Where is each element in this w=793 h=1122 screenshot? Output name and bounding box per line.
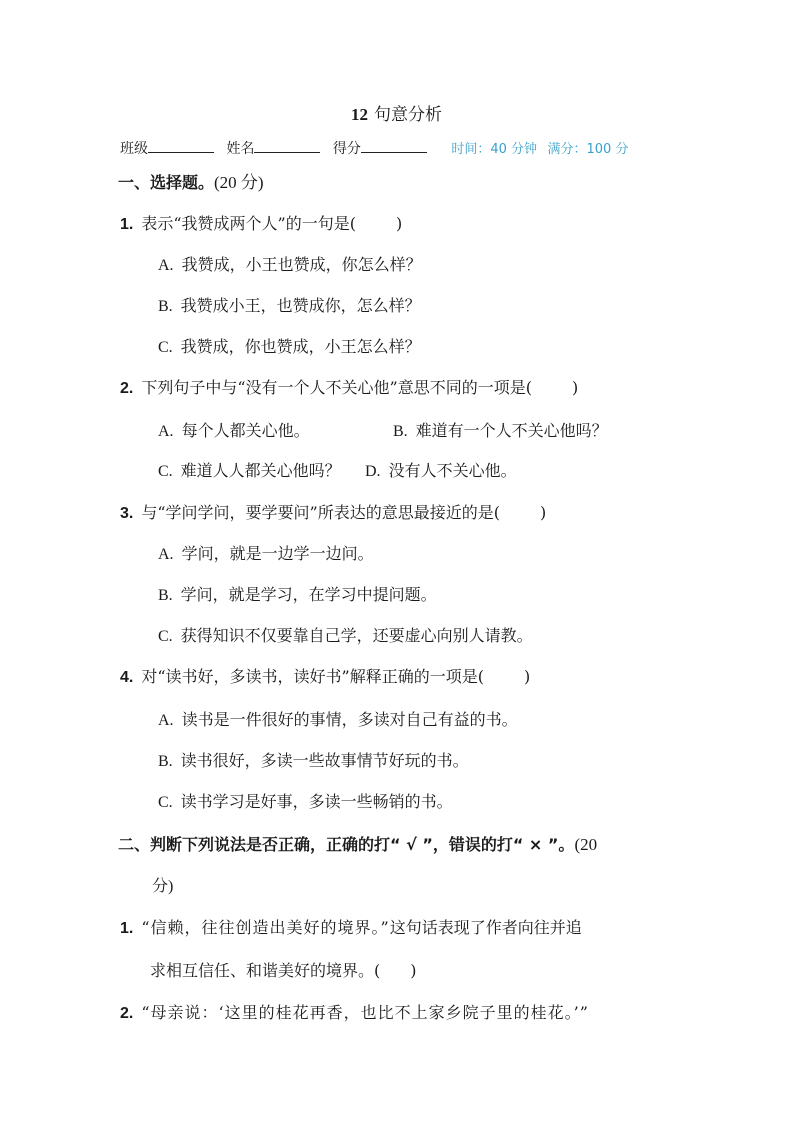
paren-close: ) xyxy=(396,214,402,233)
question-number: 2. xyxy=(120,380,133,397)
option-letter: C. xyxy=(158,339,173,356)
option-letter: B. xyxy=(158,298,173,315)
section-2-score: (20 xyxy=(574,835,597,854)
option-2-d: D.没有人不关心他。 xyxy=(365,460,517,483)
option-letter: C. xyxy=(158,794,173,811)
section-1-score: (20 分) xyxy=(214,173,264,192)
page-title: 12句意分析 xyxy=(0,104,793,126)
question-stem: 对“读书好，多读书，读好书”解释正确的一项是( xyxy=(141,667,484,686)
worksheet-page: 12句意分析 班级 姓名 得分 时间：40 分钟 满分：100 分 一、选择题。… xyxy=(0,0,793,1122)
option-text: 难道人人都关心他吗？ xyxy=(181,461,341,480)
option-text: 学问，就是一边学一边问。 xyxy=(182,544,374,563)
score-blank[interactable] xyxy=(361,138,427,153)
paren-close: ) xyxy=(572,378,578,397)
title-number: 12 xyxy=(351,105,368,124)
question-stem: 下列句子中与“没有一个人不关心他”意思不同的一项是( xyxy=(141,378,532,397)
name-label: 姓名 xyxy=(226,141,254,157)
question-number: 1. xyxy=(120,920,133,937)
option-2-c: C.难道人人都关心他吗？ xyxy=(158,460,341,483)
option-4-b: B.读书很好，多读一些故事情节好玩的书。 xyxy=(158,750,469,773)
option-letter: C. xyxy=(158,628,173,645)
question-1-3: 3.与“学问学问，要学要问”所表达的意思最接近的是() xyxy=(120,502,546,525)
question-1-4: 4.对“读书好，多读书，读好书”解释正确的一项是() xyxy=(120,666,530,689)
question-stem: 表示“我赞成两个人”的一句是( xyxy=(141,214,356,233)
judge-question-1-cont: 求相互信任、和谐美好的境界。() xyxy=(150,960,417,982)
section-2-score-cont: 分) xyxy=(152,876,173,898)
option-text: 学问，就是学习，在学习中提问题。 xyxy=(181,585,437,604)
full-score: 满分：100 分 xyxy=(548,142,629,157)
option-letter: A. xyxy=(158,257,174,274)
option-text: 获得知识不仅要靠自己学，还要虚心向别人请教。 xyxy=(181,626,533,645)
option-letter: D. xyxy=(365,463,381,480)
question-number: 1. xyxy=(120,216,133,233)
option-letter: A. xyxy=(158,712,174,729)
time-limit: 时间：40 分钟 xyxy=(451,142,537,157)
question-stem: 这句话表现了作者向往并追 xyxy=(390,918,582,937)
option-text: 读书学习是好事，多读一些畅销的书。 xyxy=(181,792,453,811)
option-text: 我赞成，小王也赞成，你怎么样？ xyxy=(182,255,422,274)
question-number: 3. xyxy=(120,505,133,522)
question-quote: “信赖，往往创造出美好的境界。” xyxy=(141,918,389,937)
question-number: 4. xyxy=(120,669,133,686)
option-letter: A. xyxy=(158,423,174,440)
paren-close: ) xyxy=(410,961,416,980)
question-stem-cont: 求相互信任、和谐美好的境界。( xyxy=(150,961,380,980)
option-text: 我赞成小王，也赞成你，怎么样？ xyxy=(181,296,421,315)
option-4-c: C.读书学习是好事，多读一些畅销的书。 xyxy=(158,791,453,814)
option-text: 没有人不关心他。 xyxy=(389,461,517,480)
option-3-b: B.学问，就是学习，在学习中提问题。 xyxy=(158,584,437,607)
title-text: 句意分析 xyxy=(374,105,442,125)
option-text: 难道有一个人不关心他吗？ xyxy=(416,421,608,440)
score-label: 得分 xyxy=(333,141,361,157)
option-letter: B. xyxy=(158,587,173,604)
judge-question-1: 1.“信赖，往往创造出美好的境界。”这句话表现了作者向往并追 xyxy=(120,917,582,940)
paren-close: ) xyxy=(524,667,530,686)
option-text: 读书很好，多读一些故事情节好玩的书。 xyxy=(181,751,469,770)
judge-question-2: 2.“母亲说：‘这里的桂花再香，也比不上家乡院子里的桂花。’” xyxy=(120,1002,589,1025)
option-1-b: B.我赞成小王，也赞成你，怎么样？ xyxy=(158,295,421,318)
option-letter: B. xyxy=(393,423,408,440)
question-number: 2. xyxy=(120,1005,133,1022)
section-2-score-tail: 分) xyxy=(152,878,173,895)
section-1-title: 一、选择题。 xyxy=(118,173,214,192)
option-text: 每个人都关心他。 xyxy=(182,421,310,440)
option-1-c: C.我赞成，你也赞成，小王怎么样？ xyxy=(158,336,421,359)
option-4-a: A.读书是一件很好的事情，多读对自己有益的书。 xyxy=(158,709,518,732)
class-blank[interactable] xyxy=(148,138,214,153)
question-quote: “母亲说：‘这里的桂花再香，也比不上家乡院子里的桂花。’” xyxy=(141,1003,589,1022)
section-2-heading: 二、判断下列说法是否正确，正确的打“ √ ”，错误的打“ × ”。(20 xyxy=(118,834,597,856)
question-1-2: 2.下列句子中与“没有一个人不关心他”意思不同的一项是() xyxy=(120,377,578,400)
option-1-a: A.我赞成，小王也赞成，你怎么样？ xyxy=(158,254,422,277)
option-letter: A. xyxy=(158,546,174,563)
option-letter: B. xyxy=(158,753,173,770)
option-2-b: B.难道有一个人不关心他吗？ xyxy=(393,420,608,443)
option-letter: C. xyxy=(158,463,173,480)
question-stem: 与“学问学问，要学要问”所表达的意思最接近的是( xyxy=(141,503,500,522)
question-1-1: 1.表示“我赞成两个人”的一句是() xyxy=(120,213,402,236)
name-blank[interactable] xyxy=(254,138,320,153)
option-3-a: A.学问，就是一边学一边问。 xyxy=(158,543,374,566)
class-label: 班级 xyxy=(120,141,148,157)
section-2-title: 二、判断下列说法是否正确，正确的打“ √ ”，错误的打“ × ”。 xyxy=(118,835,574,854)
option-3-c: C.获得知识不仅要靠自己学，还要虚心向别人请教。 xyxy=(158,625,533,648)
paren-close: ) xyxy=(540,503,546,522)
section-1-heading: 一、选择题。(20 分) xyxy=(118,172,264,194)
option-text: 我赞成，你也赞成，小王怎么样？ xyxy=(181,337,421,356)
student-info-line: 班级 姓名 得分 时间：40 分钟 满分：100 分 xyxy=(120,138,680,160)
option-text: 读书是一件很好的事情，多读对自己有益的书。 xyxy=(182,710,518,729)
option-2-a: A.每个人都关心他。 xyxy=(158,420,310,443)
